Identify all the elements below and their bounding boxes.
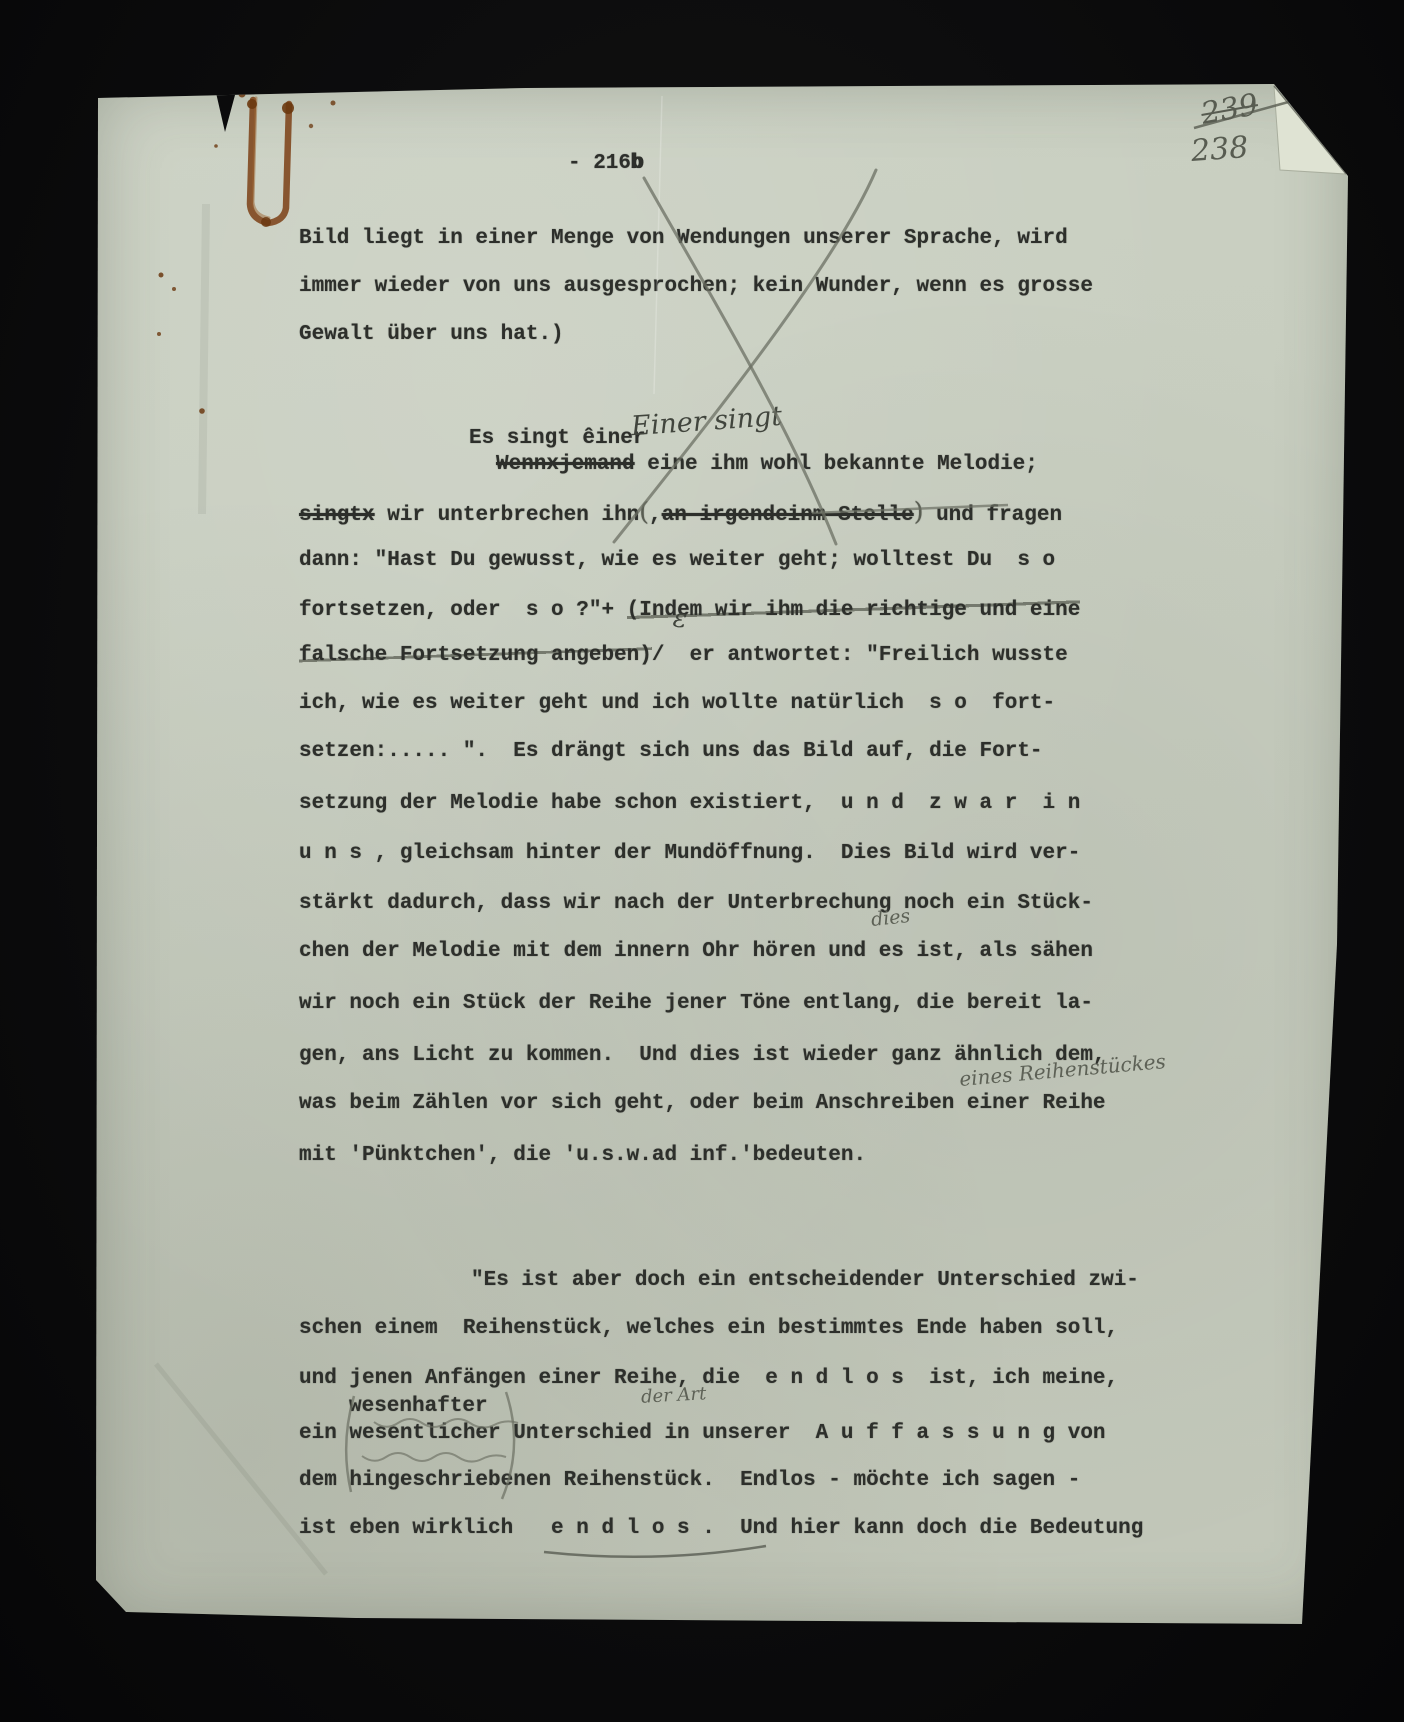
text-segment: Es singt êiner: [469, 427, 645, 450]
handwritten-correction-der-art: der Art: [640, 1383, 706, 1407]
rust-speck: [247, 99, 257, 109]
typescript-line: stärkt dadurch, dass wir nach der Unterb…: [299, 891, 1093, 917]
typescript-line: schen einem Reihenstück, welches ein bes…: [299, 1316, 1118, 1342]
paper-tear-notch: [214, 84, 238, 132]
text-segment: dann: "Hast Du gewusst, wie es weiter ge…: [299, 549, 1055, 572]
typescript-line: "Es ist aber doch ein entscheidender Unt…: [471, 1268, 1139, 1294]
photo-background: - 216b 239 238 Bild liegt in einer Menge…: [0, 0, 1404, 1722]
typescript-line: Wennxjemand eine ihm wohl bekannte Melod…: [496, 452, 1038, 478]
typescript-line: fortsetzen, oder s o ?"+ (Indem wir ihm …: [299, 598, 1080, 624]
text-segment: wesenhafter: [349, 1395, 488, 1418]
text-segment: setzung der Melodie habe schon existiert…: [299, 792, 1080, 815]
text-segment-struck-pencil: (Indem wir ihm die richtige und eine: [627, 599, 1081, 622]
typescript-line: falsche Fortsetzung angeben)/ er antwort…: [299, 643, 1068, 669]
typescript-line: setzen:..... ". Es drängt sich uns das B…: [299, 739, 1043, 765]
text-segment: u n s , gleichsam hinter der Mundöffnung…: [299, 842, 1080, 865]
text-segment: schen einem Reihenstück, welches ein bes…: [299, 1317, 1118, 1340]
typescript-line-inserted: wesenhafter: [349, 1394, 488, 1420]
text-segment: ein wesentlicher Unterschied in unserer …: [299, 1422, 1106, 1445]
rust-speck: [261, 217, 271, 227]
fold-crease: [1274, 86, 1346, 174]
rust-speck: [157, 332, 161, 336]
text-segment: und jenen Anfängen einer Reihe, die e n …: [299, 1367, 1118, 1390]
rust-speck: [309, 124, 313, 128]
pencil-squiggle-underline: [362, 1453, 506, 1462]
typescript-line: Bild liegt in einer Menge von Wendungen …: [299, 226, 1068, 252]
text-segment: wir noch ein Stück der Reihe jener Töne …: [299, 992, 1093, 1015]
folio-number-old: 239: [1198, 87, 1260, 131]
typescript-line: was beim Zählen vor sich geht, oder beim…: [299, 1091, 1106, 1117]
typescript-line: singtx wir unterbrechen ihn(,an irgendei…: [299, 499, 1062, 529]
text-segment-overtyped: b: [631, 152, 644, 175]
text-segment: ,: [649, 504, 662, 527]
folded-corner: [1274, 86, 1346, 174]
rust-speck: [282, 102, 294, 114]
rust-speck: [172, 287, 176, 291]
text-segment-struck-typed: singtx: [299, 504, 375, 527]
handwritten-insertion-mark: ε: [671, 603, 688, 634]
text-segment-struck-pencil: falsche Fortsetzung angeben): [299, 644, 652, 667]
typescript-line: immer wieder von uns ausgesprochen; kein…: [299, 274, 1093, 300]
typescript-line: Gewalt über uns hat.): [299, 322, 564, 348]
handwritten-correction-einer-singt: Einer singt: [630, 401, 783, 442]
page-number: - 216b: [568, 151, 644, 177]
typescript-line: ich, wie es weiter geht und ich wollte n…: [299, 691, 1055, 717]
typescript-line: mit 'Pünktchen', die 'u.s.w.ad inf.'bede…: [299, 1143, 866, 1169]
text-segment: stärkt dadurch, dass wir nach der Unterb…: [299, 892, 1093, 915]
paperclip-rust-stain-highlight: [253, 98, 269, 218]
rust-speck: [239, 91, 246, 98]
text-segment: "Es ist aber doch ein entscheidender Unt…: [471, 1269, 1139, 1292]
typescript-line: Es singt êiner: [469, 426, 645, 452]
text-segment: eine ihm wohl bekannte Melodie;: [635, 453, 1038, 476]
typescript-line: u n s , gleichsam hinter der Mundöffnung…: [299, 841, 1080, 867]
typescript-line: wir noch ein Stück der Reihe jener Töne …: [299, 991, 1093, 1017]
typescript-line: chen der Melodie mit dem innern Ohr höre…: [299, 939, 1093, 965]
paper-crease: [202, 204, 206, 514]
text-segment: chen der Melodie mit dem innern Ohr höre…: [299, 940, 1093, 963]
typescript-line: ein wesentlicher Unterschied in unserer …: [299, 1421, 1106, 1447]
text-segment: was beim Zählen vor sich geht, oder beim…: [299, 1092, 1106, 1115]
rust-speck: [331, 101, 336, 106]
text-segment-struck-typed: Wennxjemand: [496, 453, 635, 476]
text-segment: setzen:..... ". Es drängt sich uns das B…: [299, 740, 1043, 763]
text-segment: und fragen: [923, 504, 1062, 527]
typescript-line: und jenen Anfängen einer Reihe, die e n …: [299, 1366, 1118, 1392]
text-segment: / er antwortet: "Freilich wusste: [652, 644, 1068, 667]
text-segment: dem hingeschriebenen Reihenstück. Endlos…: [299, 1469, 1080, 1492]
text-segment-pencil-hw: (: [639, 497, 649, 526]
text-segment: ist eben wirklich e n d l o s . Und hier…: [299, 1517, 1143, 1540]
typescript-line: dem hingeschriebenen Reihenstück. Endlos…: [299, 1468, 1080, 1494]
text-segment: - 216: [568, 152, 631, 175]
folded-corner-small: [1304, 1586, 1329, 1624]
text-segment: fortsetzen, oder s o ?"+: [299, 599, 627, 622]
rust-speck: [159, 273, 164, 278]
paperclip-rust-stain: [250, 100, 289, 223]
pencil-underline-endlos: [544, 1546, 766, 1557]
text-segment: ich, wie es weiter geht und ich wollte n…: [299, 692, 1055, 715]
typescript-line: setzung der Melodie habe schon existiert…: [299, 791, 1080, 817]
text-segment-pencil-hw: ): [914, 497, 924, 526]
text-segment: mit 'Pünktchen', die 'u.s.w.ad inf.'bede…: [299, 1144, 866, 1167]
rust-speck: [214, 144, 218, 148]
rust-speck: [199, 408, 205, 414]
typescript-line: dann: "Hast Du gewusst, wie es weiter ge…: [299, 548, 1055, 574]
typescript-line: ist eben wirklich e n d l o s . Und hier…: [299, 1516, 1143, 1542]
text-segment: Bild liegt in einer Menge von Wendungen …: [299, 227, 1068, 250]
typescript-page: - 216b 239 238 Bild liegt in einer Menge…: [96, 84, 1348, 1626]
text-segment: wir unterbrechen ihn: [375, 504, 640, 527]
text-segment: immer wieder von uns ausgesprochen; kein…: [299, 275, 1093, 298]
text-segment: Gewalt über uns hat.): [299, 323, 564, 346]
text-segment-struck-typed: an irgendeinm Stelle: [662, 504, 914, 527]
folio-number-current: 238: [1190, 130, 1250, 169]
handwritten-correction-dies: dies: [870, 905, 911, 931]
text-segment: gen, ans Licht zu kommen. Und dies ist w…: [299, 1044, 1106, 1067]
